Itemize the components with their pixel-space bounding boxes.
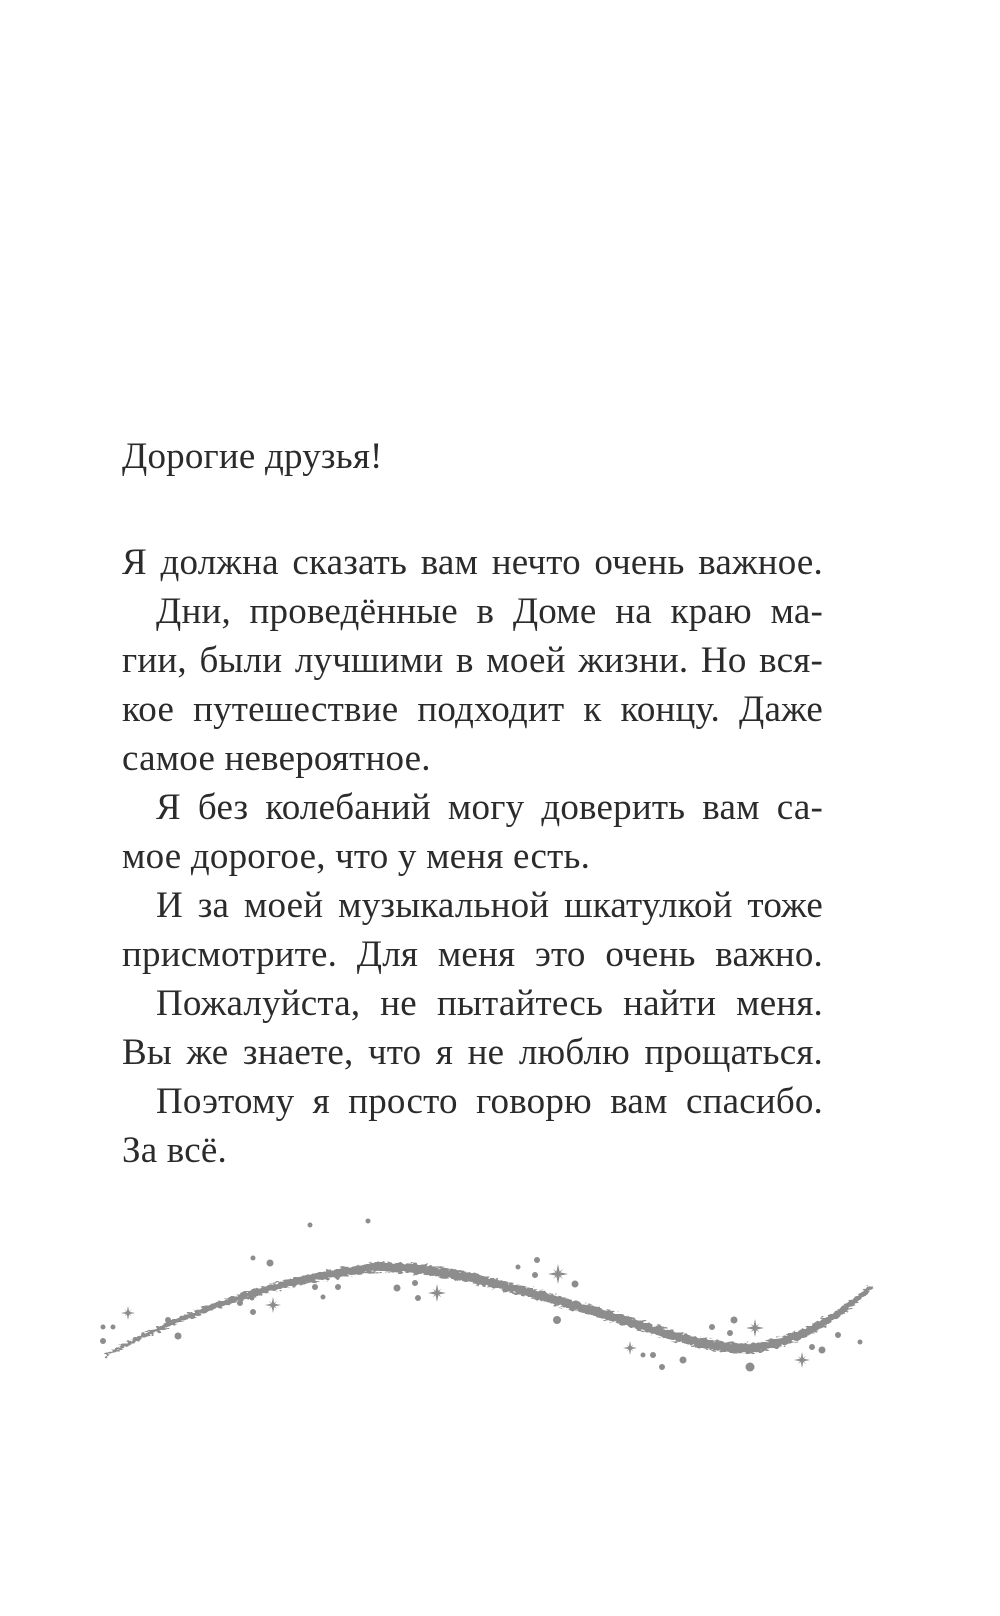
- sparkle-dot: [111, 1325, 116, 1330]
- paragraph-gap: [122, 481, 823, 538]
- letter-line: И за моей музыкальной шкатулкой тоже: [122, 881, 823, 930]
- sparkle-dot: [819, 1347, 826, 1354]
- sparkle-dot: [101, 1325, 106, 1330]
- sparkle-dot: [727, 1330, 733, 1336]
- letter-line: Вы же знаете, что я не люблю прощаться.: [122, 1028, 823, 1077]
- sparkle-dot: [650, 1352, 656, 1358]
- sparkle-star-icon: [794, 1352, 810, 1368]
- sparkle-star-icon: [265, 1297, 281, 1313]
- sparkle-dot: [680, 1357, 687, 1364]
- sparkle-dot: [335, 1284, 341, 1290]
- letter-greeting: Дорогие друзья!: [122, 432, 823, 481]
- sparkle-dot: [267, 1260, 274, 1267]
- sparkle-dot: [251, 1256, 256, 1261]
- sparkle-dot: [237, 1300, 243, 1306]
- sparkle-dot: [100, 1338, 106, 1344]
- sparkle-dot: [165, 1317, 171, 1323]
- letter-line: Поэтому я просто говорю вам спасибо.: [122, 1077, 823, 1126]
- letter-line: Дни, проведённые в Доме на краю ма-: [122, 587, 823, 636]
- sparkle-dot: [366, 1219, 371, 1224]
- sparkle-dot: [415, 1295, 421, 1301]
- sparkle-star-icon: [746, 1319, 764, 1337]
- sparkle-dot: [809, 1344, 815, 1350]
- sparkle-dot: [835, 1332, 841, 1338]
- sparkle-dot: [858, 1340, 863, 1345]
- sparkle-dot: [175, 1333, 182, 1340]
- sparkle-wave-decoration: [80, 1215, 900, 1385]
- sparkle-dot: [321, 1295, 326, 1300]
- sparkle-dot: [534, 1257, 540, 1263]
- letter-line: Пожалуйста, не пытайтесь найти меня.: [122, 979, 823, 1028]
- sparkle-star-icon: [121, 1306, 135, 1320]
- sparkle-dot: [572, 1281, 579, 1288]
- wave-stroke: [105, 1262, 873, 1357]
- sparkle-star-icon: [428, 1284, 446, 1302]
- sparkle-dot: [659, 1364, 665, 1370]
- letter-line: самое невероятное.: [122, 734, 823, 783]
- sparkle-dot: [709, 1324, 715, 1330]
- sparkle-dot: [516, 1265, 521, 1270]
- letter-line: Я без колебаний могу доверить вам са-: [122, 783, 823, 832]
- letter-line: гии, были лучшими в моей жизни. Но вся-: [122, 636, 823, 685]
- sparkle-dot: [553, 1316, 561, 1324]
- letter-line: кое путешествие подходит к концу. Даже: [122, 685, 823, 734]
- letter-line: присмотрите. Для меня это очень важно.: [122, 930, 823, 979]
- sparkle-dot: [412, 1280, 418, 1286]
- sparkle-dot: [731, 1317, 738, 1324]
- sparkle-dot: [641, 1353, 646, 1358]
- letter-line: Я должна сказать вам нечто очень важное.: [122, 538, 823, 587]
- sparkle-dot: [394, 1285, 401, 1292]
- sparkle-dot: [308, 1223, 313, 1228]
- sparkle-dot: [312, 1284, 318, 1290]
- letter-line: мое дорогое, что у меня есть.: [122, 832, 823, 881]
- sparkle-star-icon: [623, 1341, 637, 1355]
- sparkle-star-icon: [548, 1264, 568, 1284]
- book-page: Дорогие друзья! Я должна сказать вам неч…: [0, 0, 1000, 1616]
- letter-line: За всё.: [122, 1126, 823, 1175]
- letter-text: Дорогие друзья! Я должна сказать вам неч…: [122, 432, 823, 1175]
- sparkle-dot: [250, 1296, 255, 1301]
- sparkle-dot: [250, 1309, 256, 1315]
- sparkle-dot: [746, 1363, 755, 1372]
- sparkle-dot: [532, 1272, 538, 1278]
